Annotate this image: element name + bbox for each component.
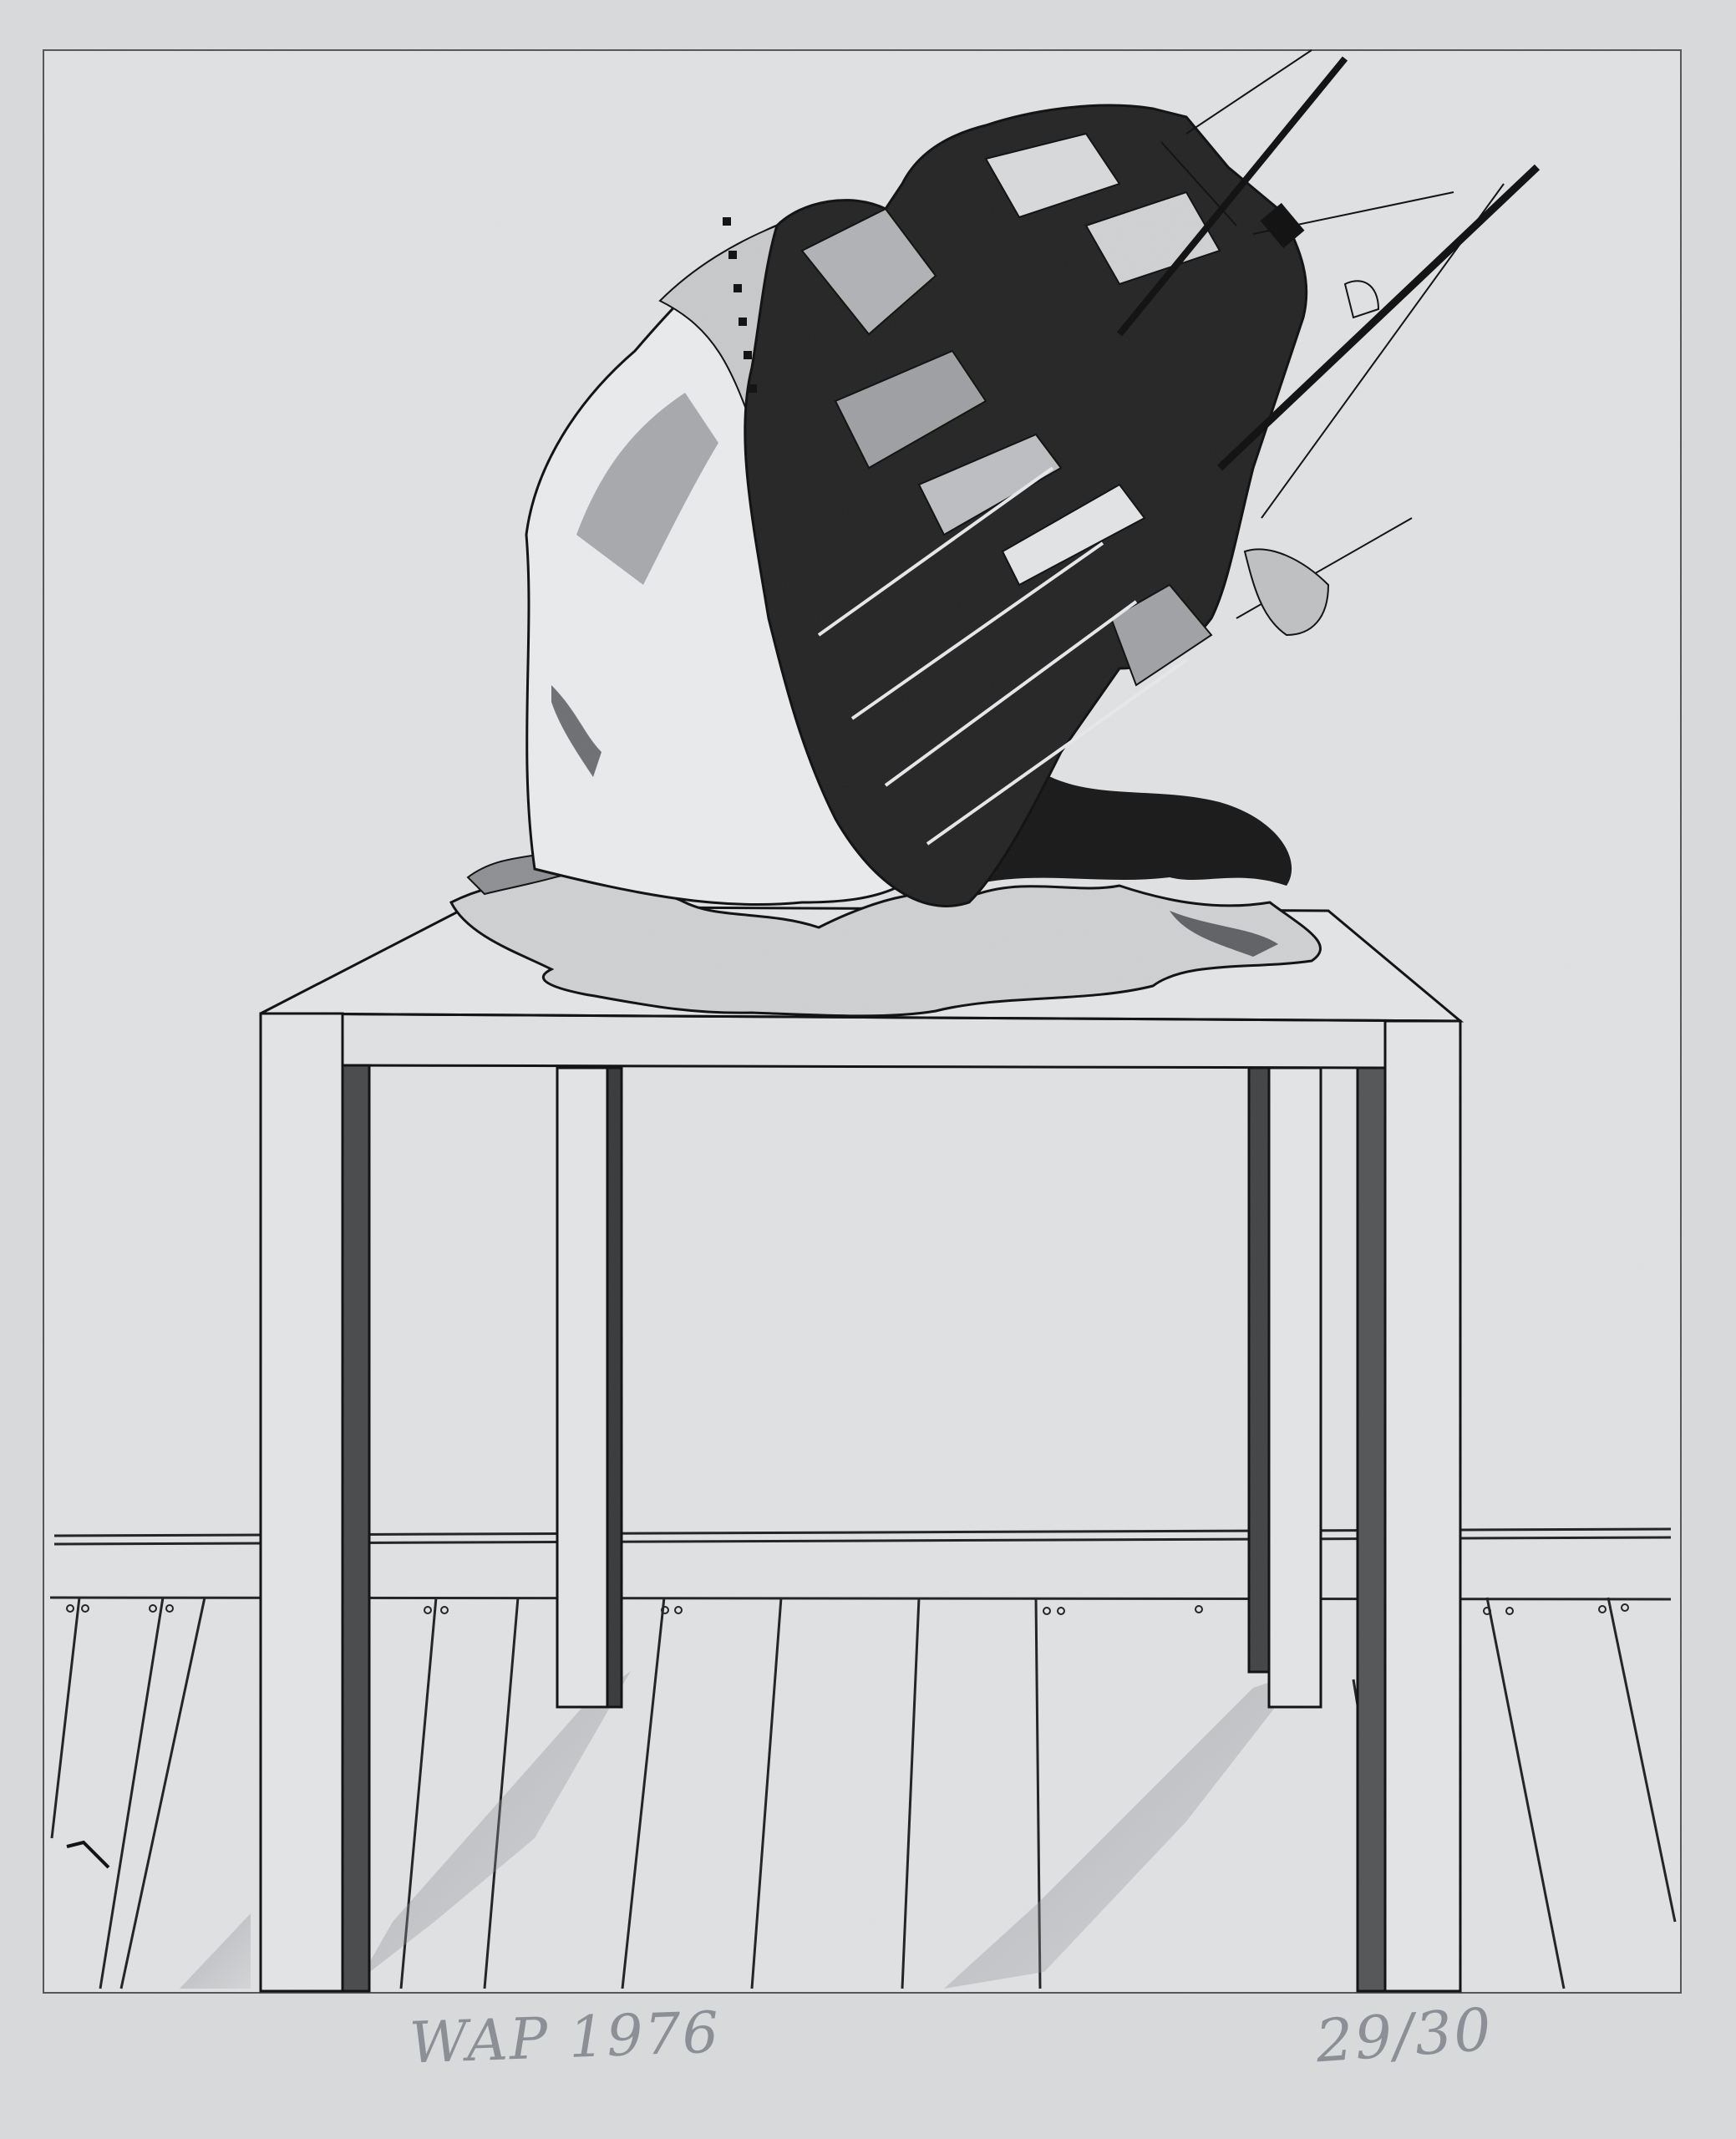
artist-signature: WAP 1976 [409, 2000, 722, 2077]
edition-number: 29/30 [1313, 1995, 1495, 2076]
etching-artwork [0, 0, 1736, 2139]
